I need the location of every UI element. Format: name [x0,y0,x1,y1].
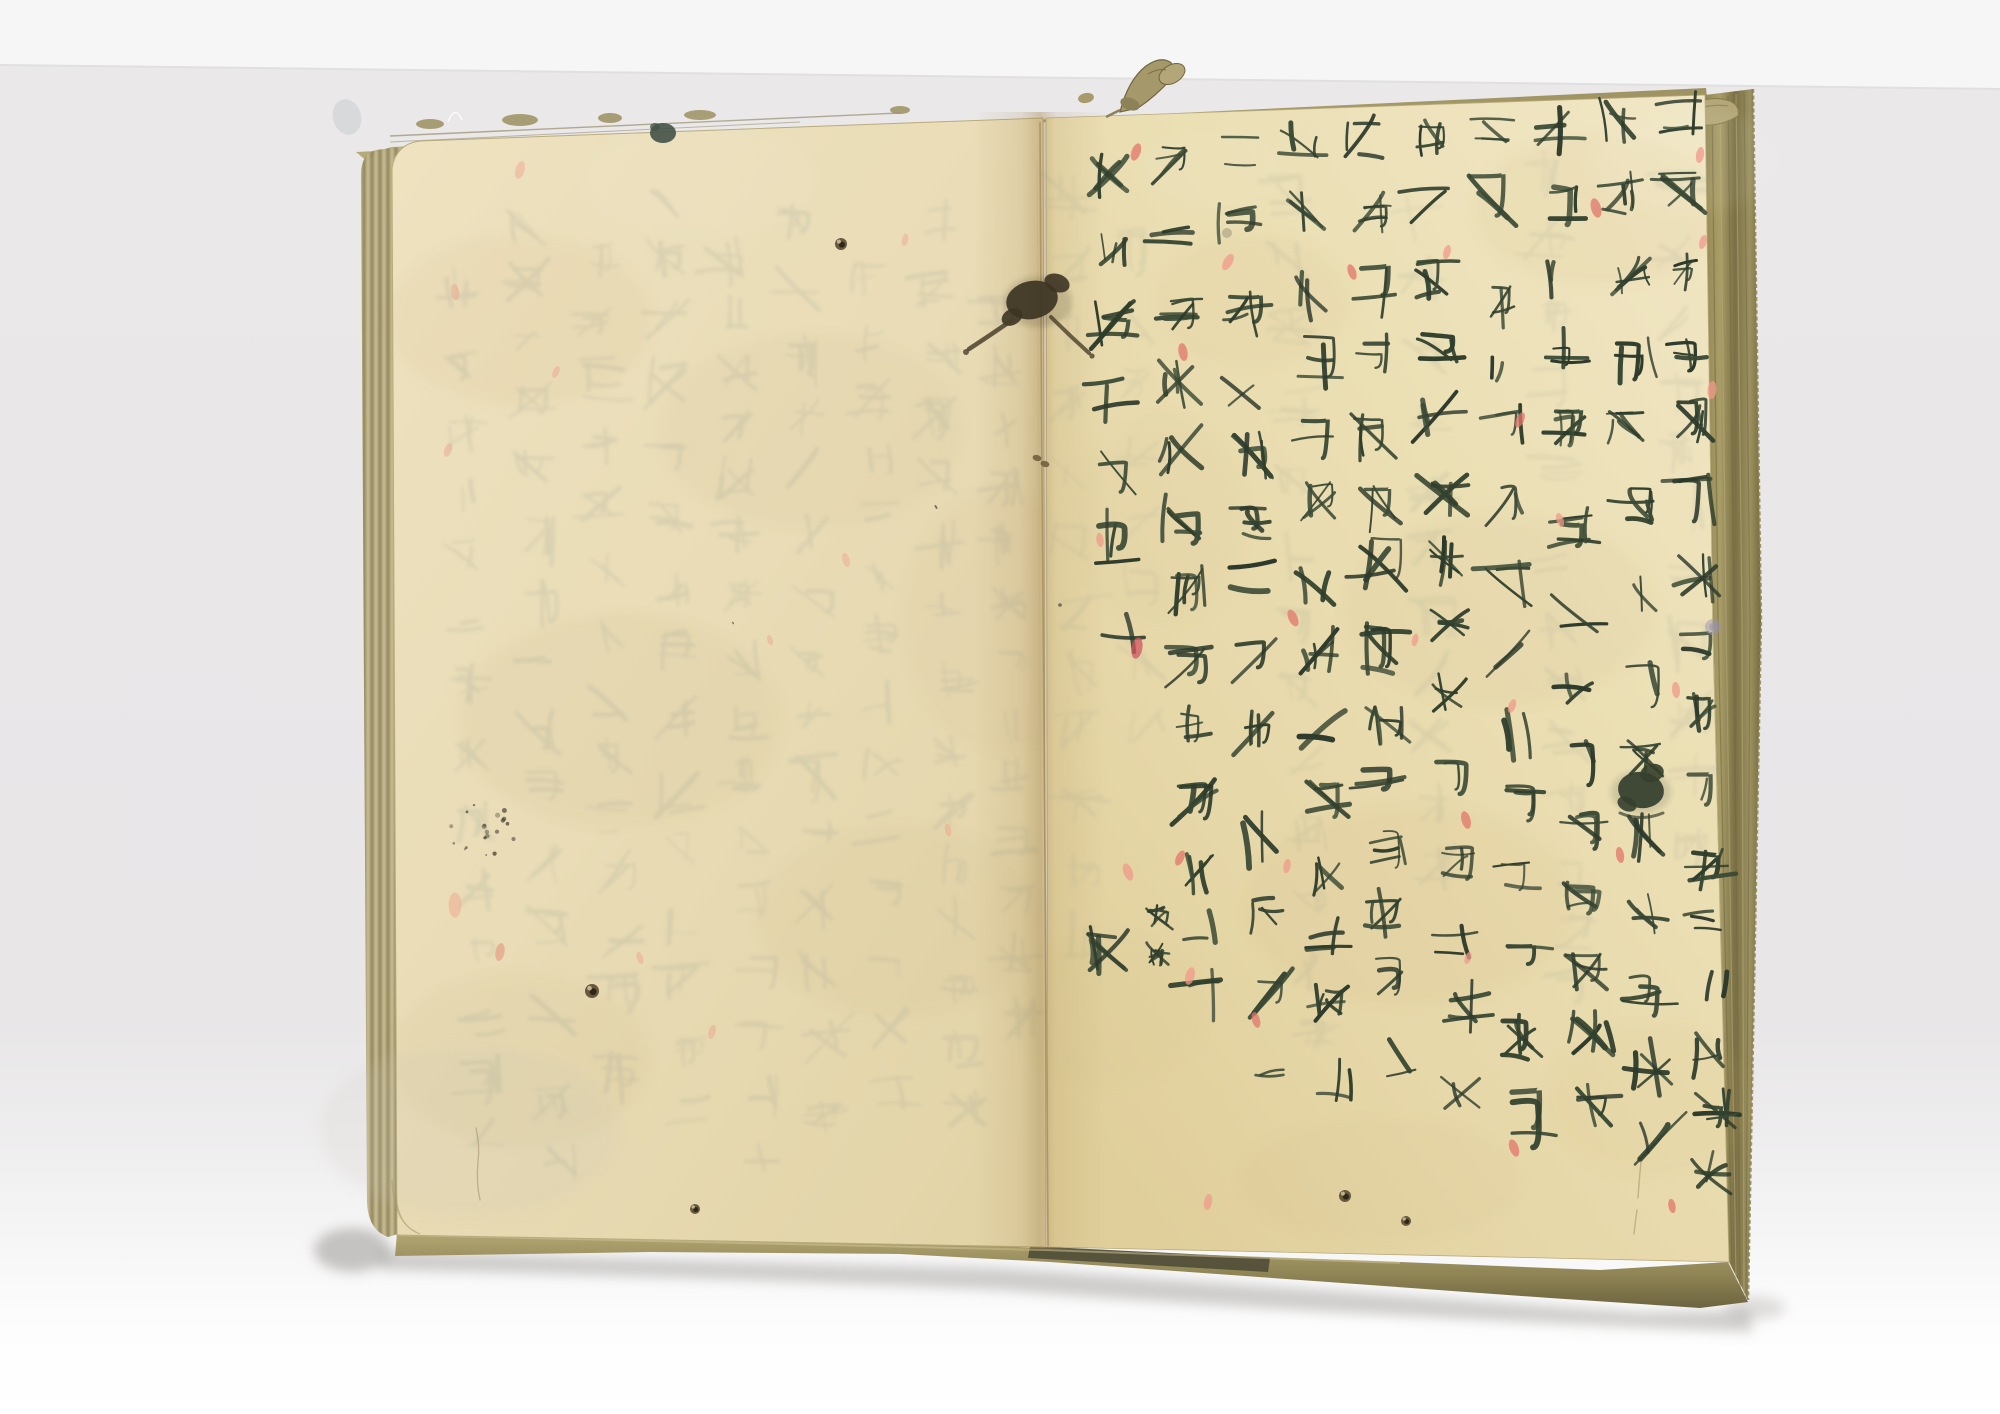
pen-stroke [1631,191,1633,209]
pen-stroke [1679,703,1681,723]
pen-stroke [1184,938,1207,940]
manuscript-scan [0,0,2000,1414]
ink-splash-drop [1089,353,1094,358]
speckle-dot [493,852,497,856]
pen-stroke [720,533,758,535]
pen-stroke [1675,834,1678,858]
speckle-dot [466,811,469,814]
pen-stroke [1059,177,1061,197]
wormhole [835,238,847,250]
pen-stroke [515,660,550,663]
pen-stroke [461,621,477,624]
pen-stroke [1212,969,1214,1020]
pen-stroke [1354,123,1378,125]
pen-stroke [949,1040,952,1060]
pen-stroke [1123,239,1125,265]
speckle-dot [495,813,500,818]
scanner-lid-band [0,0,2000,88]
speckle-dot [506,822,510,826]
pen-stroke [531,789,563,792]
tiny-ink-dot [1058,603,1062,607]
pen-stroke [1659,172,1695,174]
pen-stroke [806,955,809,991]
pen-stroke [524,451,526,476]
pen-stroke [1431,555,1462,557]
pen-stroke [1128,591,1157,593]
pen-stroke [1323,345,1325,389]
pen-stroke [594,713,623,715]
pen-stroke [1106,509,1109,560]
pen-stroke [1156,316,1198,318]
pen-stroke [512,220,514,237]
pen-stroke [1696,697,1699,731]
pen-stroke [1400,708,1402,738]
pen-stroke [662,643,694,646]
speckle-dot [465,846,468,849]
pen-stroke [619,1055,621,1081]
pen-stroke [1676,356,1706,359]
wormhole-rim-highlight [1341,1192,1345,1196]
pen-stroke [750,1097,771,1099]
pen-stroke [878,887,898,889]
pen-stroke [1161,313,1196,316]
purple-stain-dot [1709,623,1717,631]
pen-stroke [1244,522,1269,524]
pen-stroke [857,385,875,387]
speckle-dot [511,837,515,841]
pen-stroke [800,346,802,370]
pen-stroke [1283,410,1317,413]
wormhole-rim-highlight [1403,1217,1406,1220]
pen-stroke [1546,356,1588,359]
ink-splash-drop [963,349,969,355]
book [320,59,1785,1308]
speckle-dot [453,842,456,845]
dark-green-edge-stain [650,123,660,131]
pen-stroke [587,365,589,389]
wormhole [690,1204,700,1214]
pen-stroke [1558,108,1562,154]
speckle-dot [502,817,506,821]
background-smudge [329,96,365,138]
wormhole-rim-highlight [837,240,841,244]
speckle-dot [485,854,487,856]
pen-stroke [1440,620,1462,622]
pen-stroke [1290,557,1312,560]
pen-stroke [1152,232,1193,235]
pen-stroke [887,682,889,722]
speckle-dot [495,830,499,834]
pen-stroke [736,708,737,729]
pen-stroke [1623,185,1625,203]
pen-stroke [823,959,826,987]
pen-stroke [1662,381,1702,384]
pen-stroke [1164,374,1166,394]
pen-stroke [881,573,883,590]
pen-stroke [862,502,898,504]
speckle-dot [502,808,507,813]
pen-stroke [610,939,643,942]
speckle-dot [485,830,489,834]
pen-stroke [1449,544,1453,576]
speckle-dot [449,824,453,828]
pen-stroke [1253,898,1273,900]
pen-stroke [1518,1015,1520,1054]
pen-stroke [1717,1040,1720,1058]
speckle-dot [473,804,475,806]
pen-stroke [739,299,741,326]
pen-stroke [1622,110,1624,143]
gray-ink-dot [1222,228,1232,238]
wormhole-rim-highlight [587,986,592,991]
pen-stroke [547,518,549,553]
red-paper-fleck [449,892,462,917]
manuscript-scan-scene: Scanned opening of an antique stab-bound… [0,0,2000,1414]
pen-stroke [1073,857,1075,883]
paper-fiber [448,112,462,122]
pen-stroke [541,581,543,627]
wormhole [1339,1190,1351,1202]
pen-stroke [448,628,482,631]
pen-stroke [1365,343,1389,344]
wormhole [585,984,599,998]
pen-stroke [1349,1070,1351,1100]
speckle-dot [482,824,487,829]
pen-stroke [1575,187,1578,211]
pen-stroke [814,341,817,386]
pen-stroke [713,522,743,525]
pen-stroke [728,325,748,327]
pen-stroke [1548,304,1550,324]
wormhole [1401,1216,1411,1226]
pen-stroke [1307,947,1334,949]
pen-stroke [1258,715,1260,746]
speckle-dot [485,834,490,839]
wormhole-rim-highlight [692,1205,695,1208]
pen-stroke [1491,357,1493,378]
pen-stroke [1619,347,1623,383]
pen-stroke [1692,180,1694,204]
pen-stroke [645,444,682,446]
